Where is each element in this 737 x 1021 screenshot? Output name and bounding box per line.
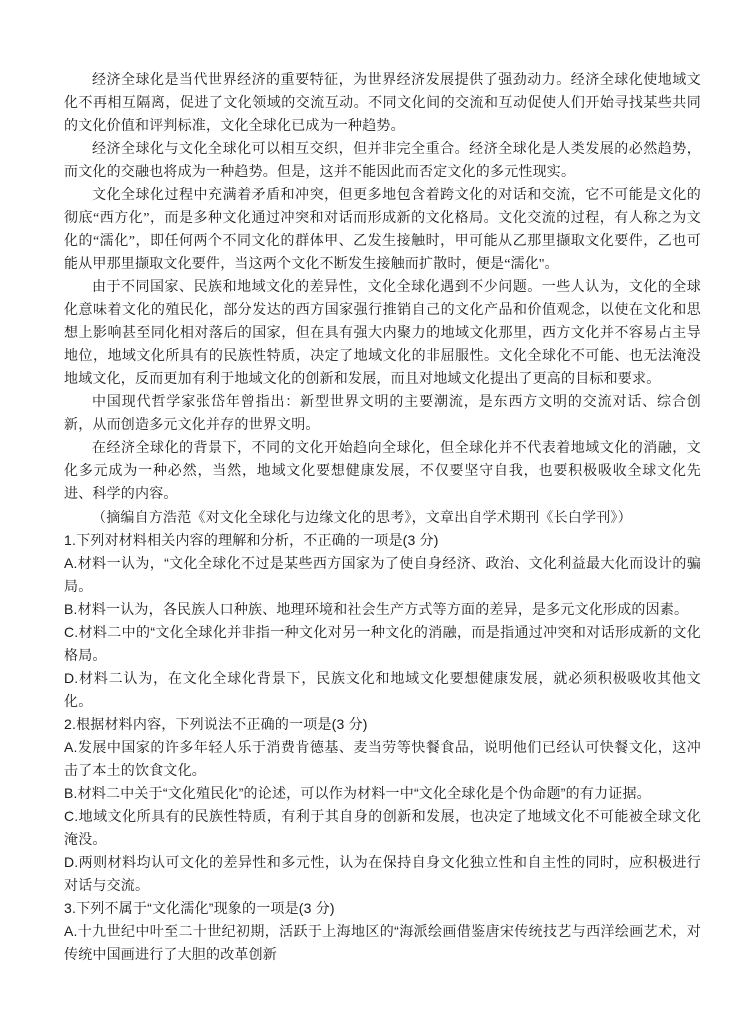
question-1-option-d: D.材料二认为，在文化全球化背景下，民族文化和地域文化要想健康发展，就必须积极吸… xyxy=(64,667,701,713)
question-3-option-a: A.十九世纪中叶至二十世纪初期，活跃于上海地区的“海派绘画借鉴唐宋传统技艺与西洋… xyxy=(64,920,701,966)
question-1-option-c: C.材料二中的“文化全球化并非指一种文化对另一种文化的消融，而是指通过冲突和对话… xyxy=(64,621,701,667)
question-2-option-c: C.地域文化所具有的民族性特质，有利于其自身的创新和发展，也决定了地域文化不可能… xyxy=(64,805,701,851)
passage-paragraph-5: 中国现代哲学家张岱年曾指出：新型世界文明的主要潮流，是东西方文明的交流对话、综合… xyxy=(64,391,701,437)
exam-page: 经济全球化是当代世界经济的重要特征，为世界经济发展提供了强劲动力。经济全球化使地… xyxy=(0,0,737,1021)
question-2-stem: 2.根据材料内容，下列说法不正确的一项是(3 分) xyxy=(64,713,701,736)
question-1-option-b: B.材料一认为，各民族人口种族、地理环境和社会生产方式等方面的差异，是多元文化形… xyxy=(64,598,701,621)
question-3-stem: 3.下列不属于“文化濡化”现象的一项是(3 分) xyxy=(64,897,701,920)
question-2: 2.根据材料内容，下列说法不正确的一项是(3 分) A.发展中国家的许多年轻人乐… xyxy=(64,713,701,897)
passage-paragraph-1: 经济全球化是当代世界经济的重要特征，为世界经济发展提供了强劲动力。经济全球化使地… xyxy=(64,69,701,138)
passage-paragraph-4: 由于不同国家、民族和地域文化的差异性，文化全球化遇到不少问题。一些人认为，文化的… xyxy=(64,276,701,391)
question-1-stem: 1.下列对材料相关内容的理解和分析，不正确的一项是(3 分) xyxy=(64,529,701,552)
reading-passage: 经济全球化是当代世界经济的重要特征，为世界经济发展提供了强劲动力。经济全球化使地… xyxy=(64,69,701,506)
question-2-option-a: A.发展中国家的许多年轻人乐于消费肯德基、麦当劳等快餐食品，说明他们已经认可快餐… xyxy=(64,736,701,782)
question-2-option-b: B.材料二中关于“文化殖民化”的论述，可以作为材料一中“文化全球化是个伪命题”的… xyxy=(64,782,701,805)
question-1: 1.下列对材料相关内容的理解和分析，不正确的一项是(3 分) A.材料一认为，“… xyxy=(64,529,701,713)
passage-paragraph-6: 在经济全球化的背景下，不同的文化开始趋向全球化，但全球化并不代表着地域文化的消融… xyxy=(64,437,701,506)
passage-paragraph-3: 文化全球化过程中充满着矛盾和冲突，但更多地包含着跨文化的对话和交流，它不可能是文… xyxy=(64,184,701,276)
question-2-option-d: D.两则材料均认可文化的差异性和多元性，认为在保持自身文化独立性和自主性的同时，… xyxy=(64,851,701,897)
question-1-option-a: A.材料一认为，“文化全球化不过是某些西方国家为了使自身经济、政治、文化利益最大… xyxy=(64,552,701,598)
passage-citation: （摘编自方浩范《对文化全球化与边缘文化的思考》，文章出自学术期刊《长白学刊》） xyxy=(64,506,701,529)
passage-paragraph-2: 经济全球化与文化全球化可以相互交织，但并非完全重合。经济全球化是人类发展的必然趋… xyxy=(64,138,701,184)
question-3: 3.下列不属于“文化濡化”现象的一项是(3 分) A.十九世纪中叶至二十世纪初期… xyxy=(64,897,701,966)
